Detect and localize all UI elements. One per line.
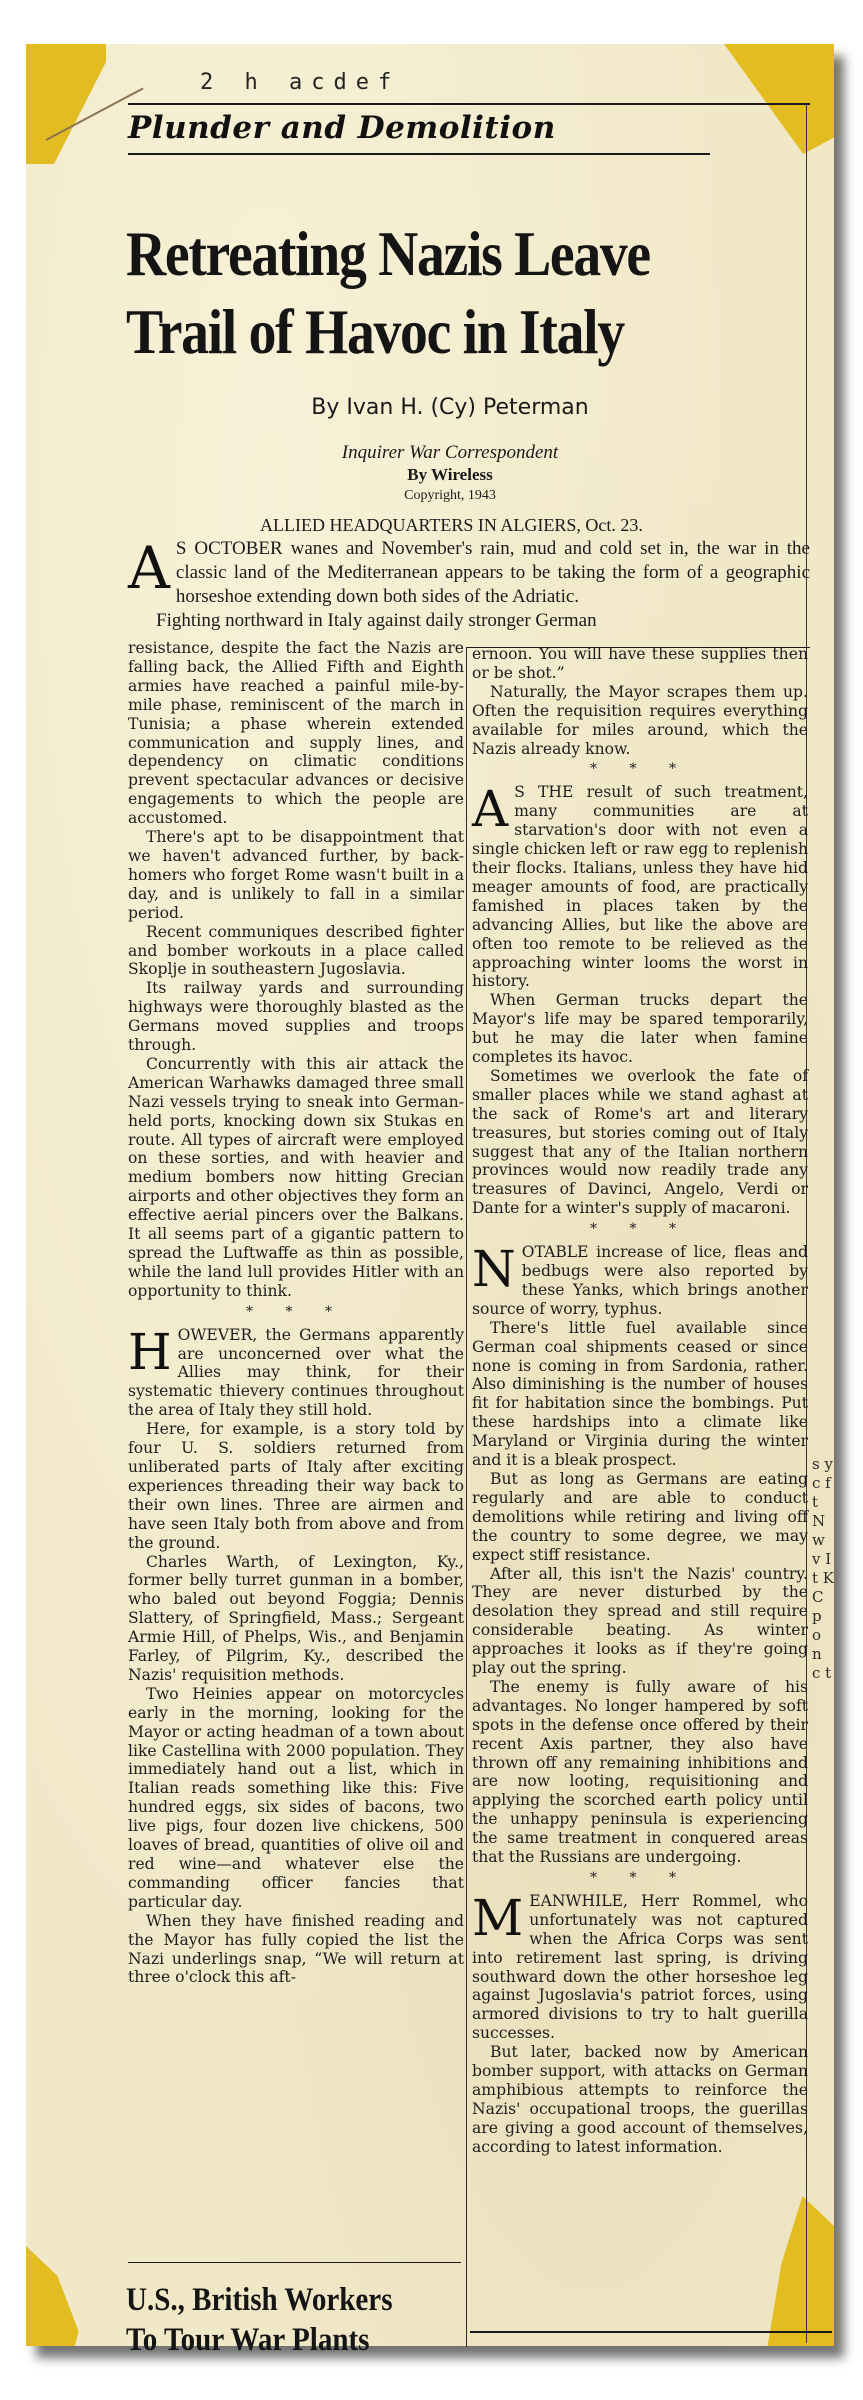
- tape-bottom-left: [26, 2246, 96, 2346]
- section-separator: * * *: [472, 760, 808, 779]
- byline-wire: By Wireless: [100, 465, 800, 485]
- kicker-underline: [128, 153, 710, 155]
- headline: Retreating Nazis Leave Trail of Havoc in…: [126, 215, 726, 371]
- tape-top-right: [724, 44, 834, 154]
- footer-headline-line-2: To Tour War Plants: [126, 2320, 443, 2360]
- top-rule: [128, 103, 810, 105]
- paragraph: Its railway yards and surrounding highwa…: [128, 979, 464, 1055]
- lead-paragraphs: AS OCTOBER wanes and November's rain, mu…: [128, 537, 810, 633]
- lead-paragraph-1: AS OCTOBER wanes and November's rain, mu…: [128, 537, 810, 609]
- paragraph: Two Heinies appear on motorcycles early …: [128, 1685, 464, 1912]
- dropcap-a: A: [128, 543, 170, 593]
- paragraph: Charles Warth, of Lexington, Ky., former…: [128, 1553, 464, 1685]
- dateline: ALLIED HEADQUARTERS IN ALGIERS, Oct. 23.: [260, 515, 643, 536]
- byline-copyright: Copyright, 1943: [100, 488, 800, 504]
- paragraph: The enemy is fully aware of his advantag…: [472, 1678, 808, 1867]
- headline-line-1: Retreating Nazis Leave: [126, 215, 726, 293]
- dropcap-a: A: [472, 787, 508, 831]
- headline-line-2: Trail of Havoc in Italy: [126, 293, 726, 371]
- paragraph: But later, backed now by American bomber…: [472, 2043, 808, 2156]
- tape-bottom-right: [764, 2196, 834, 2346]
- paragraph: But as long as Germans are eating regula…: [472, 1470, 808, 1565]
- dropcap-n: N: [472, 1247, 516, 1291]
- section-separator: * * *: [472, 1869, 808, 1888]
- byline-name: By Ivan H. (Cy) Peterman: [100, 395, 800, 420]
- section-as-the-result: AS THE result of such treatment, many co…: [472, 783, 808, 991]
- right-footer-rule: [470, 2331, 832, 2333]
- paragraph: resistance, despite the fact the Nazis a…: [128, 639, 464, 828]
- adjacent-column-fragment: s y c f t N w v I t K C p o n c t: [812, 1455, 834, 1683]
- section-notable: NOTABLE increase of lice, fleas and bedb…: [472, 1243, 808, 1319]
- lead-paragraph-2: Fighting northward in Italy against dail…: [128, 609, 810, 633]
- byline-title: Inquirer War Correspondent: [100, 442, 800, 464]
- dropcap-m: M: [472, 1896, 523, 1940]
- section-separator: * * *: [472, 1220, 808, 1239]
- dropcap-h: H: [128, 1330, 172, 1374]
- column-divider: [466, 647, 467, 2347]
- footer-headline-line-1: U.S., British Workers: [126, 2280, 443, 2320]
- section-however: HOWEVER, the Germans apparently are unco…: [128, 1326, 464, 1421]
- left-footer-rule: [128, 2262, 461, 2263]
- paragraph: Here, for example, is a story told by fo…: [128, 1420, 464, 1552]
- paragraph: When German trucks depart the Mayor's li…: [472, 991, 808, 1067]
- kicker: Plunder and Demolition: [128, 110, 728, 146]
- paragraph: Sometimes we overlook the fate of smalle…: [472, 1067, 808, 1218]
- page-stamp: 2 h acdef: [200, 70, 400, 95]
- paragraph: After all, this isn't the Nazis' country…: [472, 1565, 808, 1678]
- paragraph: Recent communiques described fighter and…: [128, 923, 464, 980]
- right-column: ernoon. You will have these supplies the…: [472, 645, 808, 2157]
- paragraph: There's little fuel available since Germ…: [472, 1319, 808, 1470]
- paragraph: There's apt to be disappointment that we…: [128, 828, 464, 923]
- footer-headline: U.S., British Workers To Tour War Plants: [126, 2280, 443, 2360]
- section-meanwhile: MEANWHILE, Herr Rommel, who unfortunatel…: [472, 1892, 808, 2043]
- section-separator: * * *: [128, 1303, 464, 1322]
- tape-top-left: [26, 44, 106, 164]
- left-column: resistance, despite the fact the Nazis a…: [128, 639, 464, 1987]
- paragraph: When they have finished reading and the …: [128, 1912, 464, 1988]
- paragraph: Concurrently with this air attack the Am…: [128, 1055, 464, 1301]
- paragraph: ernoon. You will have these supplies the…: [472, 645, 808, 683]
- paragraph: Naturally, the Mayor scrapes them up. Of…: [472, 683, 808, 759]
